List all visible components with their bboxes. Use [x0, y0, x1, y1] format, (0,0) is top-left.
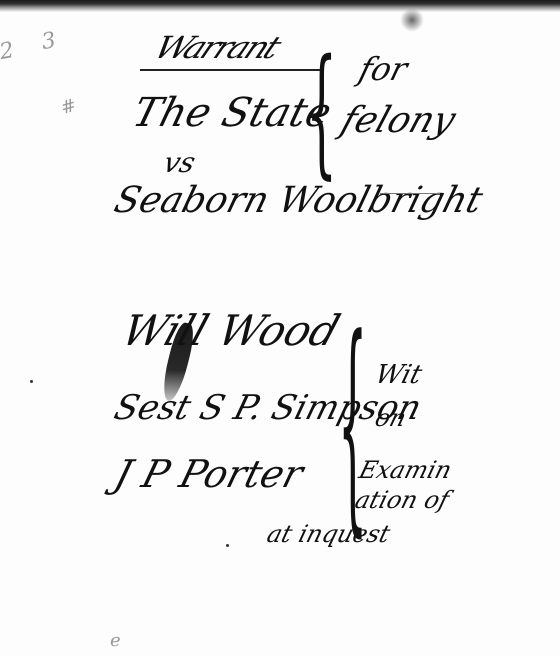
charge-label: for	[355, 50, 412, 88]
defendant-name: Seaborn Woolbright	[110, 180, 487, 221]
witness-note: Examin	[356, 456, 455, 484]
versus-label: vs	[160, 146, 199, 179]
witness-note: ation of	[352, 486, 452, 514]
charge-value: felony	[336, 100, 461, 141]
case-brace: {	[306, 30, 337, 193]
rule-line	[380, 193, 440, 194]
ink-smudge	[400, 8, 424, 32]
plaintiff-name: The State	[128, 90, 336, 136]
margin-mark: 2	[0, 38, 16, 65]
bottom-mark: e	[110, 630, 121, 651]
speck	[30, 380, 33, 383]
inquest-note: at inquest	[264, 520, 393, 548]
speck	[226, 544, 229, 547]
witness-name: J P Porter	[110, 452, 308, 496]
page-top-edge-shadow	[0, 0, 560, 12]
margin-mark: #	[59, 95, 79, 119]
witness-name: Will Wood	[116, 306, 346, 355]
header-underline	[140, 69, 320, 71]
scanned-document-page: 2 3 # Warrant The State vs Seaborn Woolb…	[0, 0, 560, 656]
header-scrawl: Warrant	[148, 30, 284, 66]
margin-mark: 3	[40, 28, 58, 55]
witness-note: Wit	[372, 360, 425, 390]
witness-brace: {	[338, 290, 367, 557]
